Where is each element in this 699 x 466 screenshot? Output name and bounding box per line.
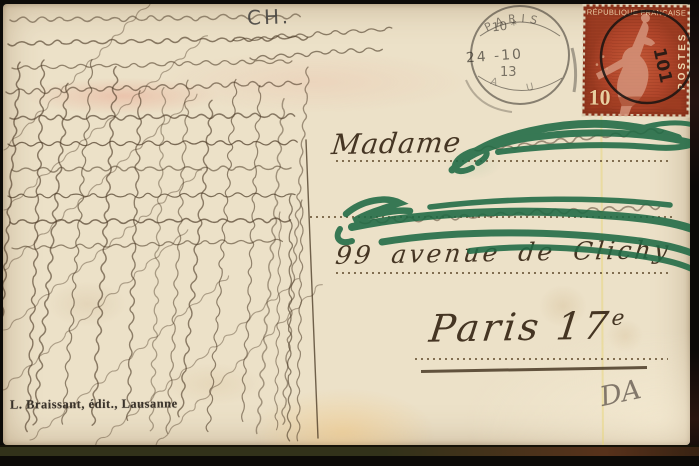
publisher-imprint: L. Braissant, édit., Lausanne [10,396,178,412]
scan-backdrop-left [0,0,3,466]
stamp-denomination: 10 [588,85,610,111]
stamp-country-text: RÉPUBLIQUE FRANÇAISE [583,7,689,17]
address-dotted-line-3 [336,272,670,274]
city-suffix: e [610,306,628,330]
address-street-text: 99 avenue de Clichy [334,235,673,270]
postage-stamp: RÉPUBLIQUE FRANÇAISE 10 POSTES [582,4,689,116]
stamp-postes-label: POSTES [677,31,689,90]
scan-backdrop-right [690,0,699,466]
address-dotted-line-4 [415,358,668,360]
address-city-text: Paris 17e [427,303,629,350]
pencil-ch-mark: CH. [247,4,292,30]
address-dotted-line-2 [310,216,672,218]
scan-backdrop-top [0,0,699,4]
scan-backdrop-bottom [0,445,699,466]
scanned-postcard-photo: CH. DA Madame 99 avenue de Clichy Paris … [0,0,699,466]
address-salutation: Madame [330,126,463,161]
address-dotted-line-1 [336,160,672,162]
city-name: Paris 17 [427,304,614,351]
